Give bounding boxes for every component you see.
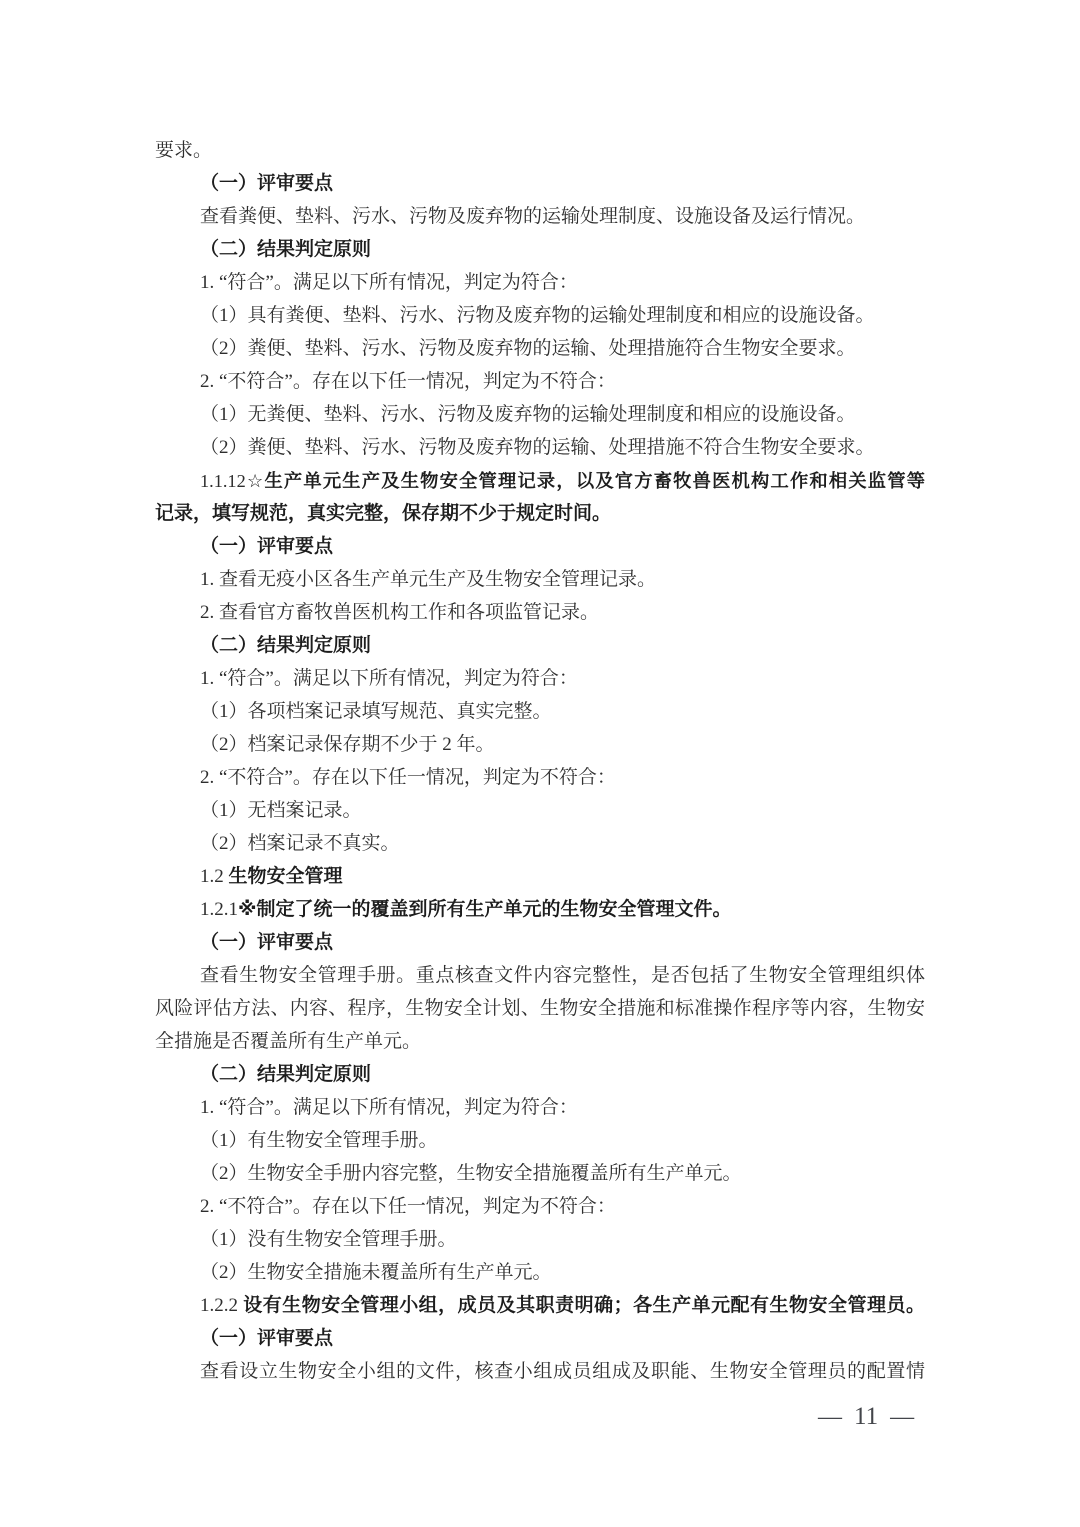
line-text: 查看设立生物安全小组的文件，核查小组成员组成及职能、生物安全管理员的配置情况。 — [200, 1361, 925, 1388]
page-number: 11 — [854, 1400, 878, 1434]
line-text: （1）无粪便、垫料、污水、污物及废弃物的运输处理制度和相应的设施设备。 — [200, 404, 856, 425]
text-line: 2. “不符合”。存在以下任一情况，判定为不符合： — [155, 1190, 925, 1223]
text-line: 查看设立生物安全小组的文件，核查小组成员组成及职能、生物安全管理员的配置情况。 — [155, 1355, 925, 1388]
text-line: （1）具有粪便、垫料、污水、污物及废弃物的运输处理制度和相应的设施设备。 — [155, 299, 925, 332]
text-line: 查看生物安全管理手册。重点核查文件内容完整性，是否包括了生物安全管理组织体系， — [155, 959, 925, 992]
line-text: 查看粪便、垫料、污水、污物及废弃物的运输处理制度、设施设备及运行情况。 — [200, 206, 865, 227]
text-line: 1. “符合”。满足以下所有情况，判定为符合： — [155, 1091, 925, 1124]
footer-dash-right: — — [890, 1400, 914, 1434]
line-text: 记录，填写规范，真实完整，保存期不少于规定时间。 — [155, 503, 611, 524]
line-text: 1. “符合”。满足以下所有情况，判定为符合： — [200, 668, 578, 689]
line-text: 2. “不符合”。存在以下任一情况，判定为不符合： — [200, 1196, 616, 1217]
line-text: 1. 查看无疫小区各生产单元生产及生物安全管理记录。 — [200, 569, 656, 590]
text-line: （2）生物安全措施未覆盖所有生产单元。 — [155, 1256, 925, 1289]
text-line: 1.1.12☆生产单元生产及生物安全管理记录，以及官方畜牧兽医机构工作和相关监管… — [155, 464, 925, 497]
text-line: 2. “不符合”。存在以下任一情况，判定为不符合： — [155, 761, 925, 794]
text-line: 风险评估方法、内容、程序，生物安全计划、生物安全措施和标准操作程序等内容，生物安 — [155, 992, 925, 1025]
text-line: 1.2.2 设有生物安全管理小组，成员及其职责明确；各生产单元配有生物安全管理员… — [155, 1289, 925, 1322]
text-line: 1. “符合”。满足以下所有情况，判定为符合： — [155, 266, 925, 299]
text-line: （一）评审要点 — [155, 926, 925, 959]
line-text: 2. “不符合”。存在以下任一情况，判定为不符合： — [200, 371, 616, 392]
line-text: （2）生物安全手册内容完整，生物安全措施覆盖所有生产单元。 — [200, 1163, 742, 1184]
line-text: 查看生物安全管理手册。重点核查文件内容完整性，是否包括了生物安全管理组织体系， — [200, 965, 925, 992]
text-line: （二）结果判定原则 — [155, 629, 925, 662]
page-footer: — 11 — — [818, 1400, 914, 1434]
line-text: （1）无档案记录。 — [200, 800, 362, 821]
line-text: 全措施是否覆盖所有生产单元。 — [155, 1031, 421, 1052]
text-line: （二）结果判定原则 — [155, 1058, 925, 1091]
text-line: 1. 查看无疫小区各生产单元生产及生物安全管理记录。 — [155, 563, 925, 596]
clause-number: 1.2 — [200, 866, 229, 887]
text-line: （1）无粪便、垫料、污水、污物及废弃物的运输处理制度和相应的设施设备。 — [155, 398, 925, 431]
line-text: （1）有生物安全管理手册。 — [200, 1130, 438, 1151]
text-line: （2）档案记录不真实。 — [155, 827, 925, 860]
text-line: （1）无档案记录。 — [155, 794, 925, 827]
text-line: （一）评审要点 — [155, 167, 925, 200]
text-line: （一）评审要点 — [155, 530, 925, 563]
line-text: （2）档案记录不真实。 — [200, 833, 400, 854]
line-text: 1. “符合”。满足以下所有情况，判定为符合： — [200, 1097, 578, 1118]
line-text: （1）没有生物安全管理手册。 — [200, 1229, 457, 1250]
line-text: （2）生物安全措施未覆盖所有生产单元。 — [200, 1262, 552, 1283]
text-line: （2）档案记录保存期不少于 2 年。 — [155, 728, 925, 761]
line-text: 设有生物安全管理小组，成员及其职责明确；各生产单元配有生物安全管理员。 — [243, 1295, 925, 1316]
clause-number: 1.2.1 — [200, 899, 238, 920]
line-text: 2. 查看官方畜牧兽医机构工作和各项监管记录。 — [200, 602, 599, 623]
line-text: （一）评审要点 — [200, 536, 333, 557]
text-line: （2）生物安全手册内容完整，生物安全措施覆盖所有生产单元。 — [155, 1157, 925, 1190]
document-lines: 要求。（一）评审要点查看粪便、垫料、污水、污物及废弃物的运输处理制度、设施设备及… — [155, 134, 925, 1388]
text-line: 1.2 生物安全管理 — [155, 860, 925, 893]
line-text: （1）具有粪便、垫料、污水、污物及废弃物的运输处理制度和相应的设施设备。 — [200, 305, 875, 326]
line-text: （二）结果判定原则 — [200, 239, 371, 260]
text-line: （2）粪便、垫料、污水、污物及废弃物的运输、处理措施不符合生物安全要求。 — [155, 431, 925, 464]
text-line: （1）各项档案记录填写规范、真实完整。 — [155, 695, 925, 728]
text-line: 记录，填写规范，真实完整，保存期不少于规定时间。 — [155, 497, 925, 530]
line-text: 生物安全管理 — [229, 866, 343, 887]
line-text: ※制定了统一的覆盖到所有生产单元的生物安全管理文件。 — [238, 899, 731, 920]
text-line: 1. “符合”。满足以下所有情况，判定为符合： — [155, 662, 925, 695]
line-text: （一）评审要点 — [200, 173, 333, 194]
line-text: ☆生产单元生产及生物安全管理记录，以及官方畜牧兽医机构工作和相关监管等 — [246, 470, 925, 491]
text-line: 要求。 — [155, 134, 925, 167]
line-text: 风险评估方法、内容、程序，生物安全计划、生物安全措施和标准操作程序等内容，生物安 — [155, 998, 925, 1019]
text-line: 查看粪便、垫料、污水、污物及废弃物的运输处理制度、设施设备及运行情况。 — [155, 200, 925, 233]
line-text: （2）粪便、垫料、污水、污物及废弃物的运输、处理措施不符合生物安全要求。 — [200, 437, 875, 458]
line-text: （1）各项档案记录填写规范、真实完整。 — [200, 701, 552, 722]
text-line: 2. 查看官方畜牧兽医机构工作和各项监管记录。 — [155, 596, 925, 629]
document-page: 要求。（一）评审要点查看粪便、垫料、污水、污物及废弃物的运输处理制度、设施设备及… — [0, 0, 1080, 1527]
footer-dash-left: — — [818, 1400, 842, 1434]
line-text: （二）结果判定原则 — [200, 1064, 371, 1085]
clause-number: 1.2.2 — [200, 1295, 243, 1316]
line-text: （2）粪便、垫料、污水、污物及废弃物的运输、处理措施符合生物安全要求。 — [200, 338, 856, 359]
text-line: （1）有生物安全管理手册。 — [155, 1124, 925, 1157]
line-text: （2）档案记录保存期不少于 2 年。 — [200, 734, 495, 755]
text-line: （二）结果判定原则 — [155, 233, 925, 266]
line-text: 1. “符合”。满足以下所有情况，判定为符合： — [200, 272, 578, 293]
line-text: 要求。 — [155, 140, 212, 161]
text-line: 1.2.1※制定了统一的覆盖到所有生产单元的生物安全管理文件。 — [155, 893, 925, 926]
text-line: （2）粪便、垫料、污水、污物及废弃物的运输、处理措施符合生物安全要求。 — [155, 332, 925, 365]
line-text: （一）评审要点 — [200, 932, 333, 953]
text-line: （1）没有生物安全管理手册。 — [155, 1223, 925, 1256]
text-line: 全措施是否覆盖所有生产单元。 — [155, 1025, 925, 1058]
line-text: （二）结果判定原则 — [200, 635, 371, 656]
line-text: 2. “不符合”。存在以下任一情况，判定为不符合： — [200, 767, 616, 788]
line-text: （一）评审要点 — [200, 1328, 333, 1349]
text-line: 2. “不符合”。存在以下任一情况，判定为不符合： — [155, 365, 925, 398]
text-line: （一）评审要点 — [155, 1322, 925, 1355]
clause-number: 1.1.12 — [200, 471, 246, 491]
